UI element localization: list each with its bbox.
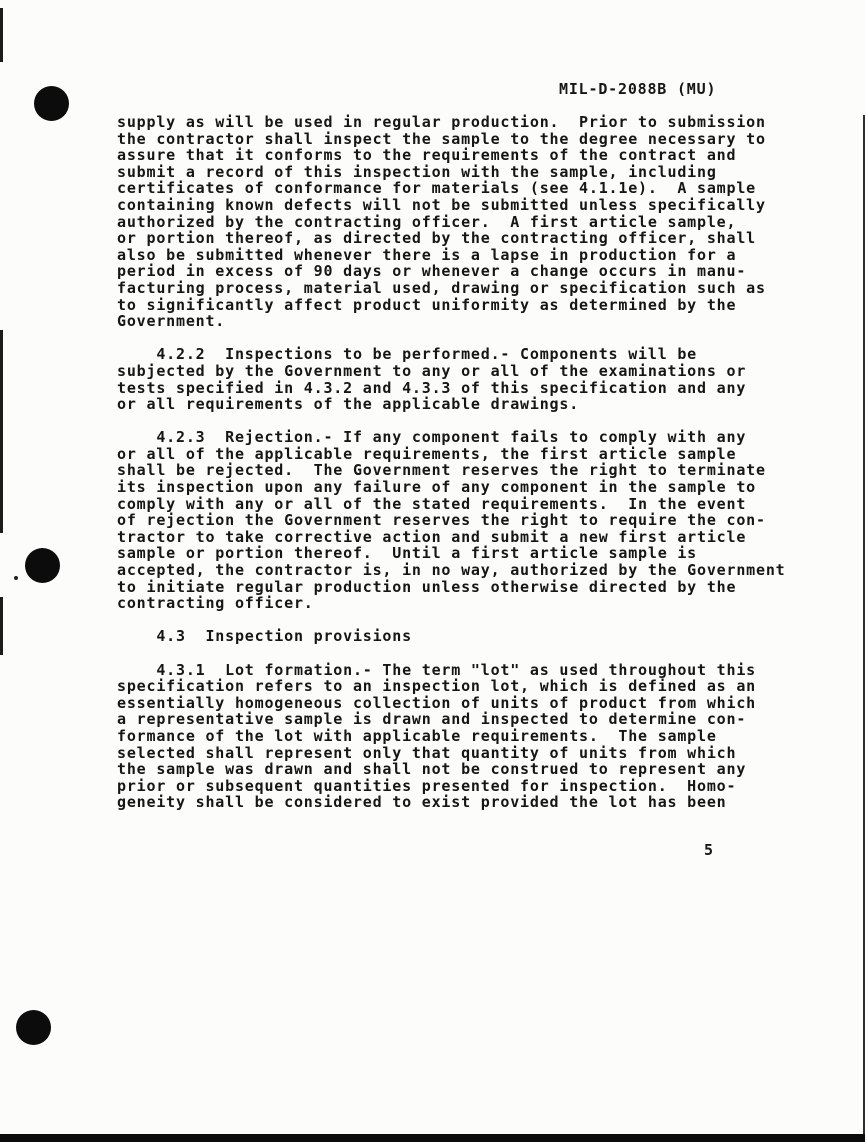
paragraph-section-4-2-3: 4.2.3 Rejection.- If any component fails… [117,429,786,612]
page-number: 5 [704,842,714,859]
punch-hole-icon [25,548,60,583]
paragraph-continuation: supply as will be used in regular produc… [117,114,786,330]
scan-speck-artifact [14,576,18,580]
scanned-document-page: MIL-D-2088B (MU) supply as will be used … [0,0,865,1142]
scan-edge-artifact-left [0,597,3,655]
scan-edge-artifact-left [0,8,3,62]
paragraph-section-4-2-2: 4.2.2 Inspections to be performed.- Comp… [117,346,786,412]
punch-hole-icon [16,1010,51,1045]
document-number-header: MIL-D-2088B (MU) [559,81,716,98]
heading-section-4-3: 4.3 Inspection provisions [117,628,786,645]
punch-hole-icon [34,86,69,121]
paragraph-section-4-3-1: 4.3.1 Lot formation.- The term "lot" as … [117,662,786,811]
scan-edge-artifact-left [0,330,3,533]
scan-edge-artifact-bottom [0,1134,865,1142]
document-body: supply as will be used in regular produc… [117,114,786,828]
